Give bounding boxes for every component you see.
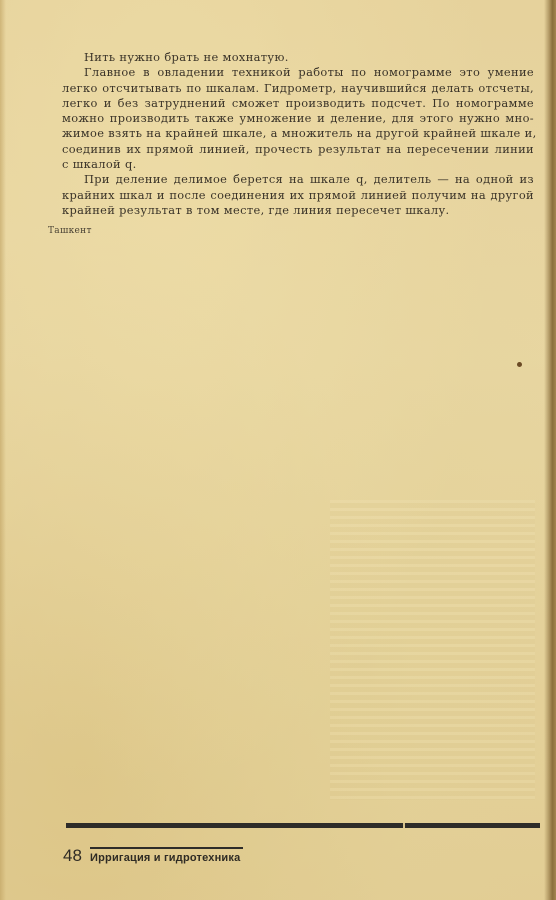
text-line: жимое взять на крайней шкале, а множител… [62,126,534,141]
text-line: легко и без затруднений сможет производи… [62,96,534,111]
text-line: соединив их прямой линией, прочесть резу… [62,142,534,157]
article-place: Ташкент [48,226,92,236]
page-divider-rule [66,823,540,828]
text-line: крайних шкал и после соединения их прямо… [62,188,534,203]
reverse-side-show-through [330,500,535,800]
paper-stain [517,362,522,367]
article-text: Нить нужно брать не мохнатую. Главное в … [62,50,534,218]
text-line: При деление делимое берется на шкале q, … [62,172,534,187]
text-line: Главное в овладении техникой работы по н… [62,65,534,80]
page-left-edge [0,0,6,900]
text-line: Нить нужно брать не мохнатую. [62,50,534,65]
text-line: крайней результат в том месте, где линия… [62,203,534,218]
text-line: с шкалой q. [62,157,534,172]
footer-rule [90,847,243,849]
journal-title: Ирригация и гидротехника [90,852,240,864]
page-binding-shadow [544,0,556,900]
rule-gap [403,823,405,828]
text-line: легко отсчитывать по шкалам. Гидрометр, … [62,81,534,96]
page-number: 48 [63,846,82,866]
text-line: можно производить также умножение и деле… [62,111,534,126]
